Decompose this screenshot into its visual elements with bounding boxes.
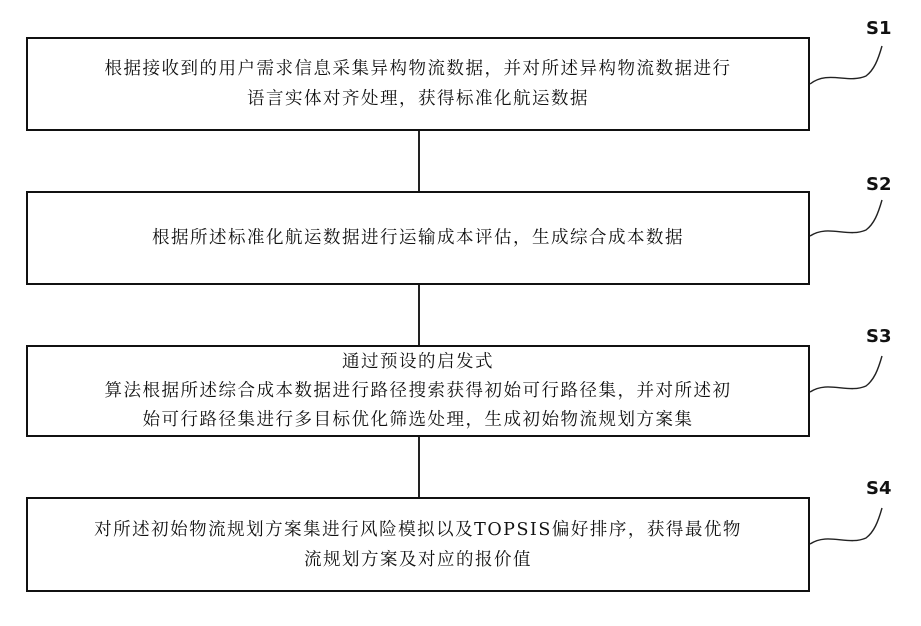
step-s1-line-2: 语言实体对齐处理，获得标准化航运数据 <box>105 84 732 114</box>
leader-line-s2 <box>808 196 888 256</box>
leader-line-s4 <box>808 504 888 564</box>
leader-line-s3 <box>808 352 888 412</box>
step-box-s4: 对所述初始物流规划方案集进行风险模拟以及TOPSIS偏好排序，获得最优物 流规划… <box>26 497 810 592</box>
step-s3-line-2: 算法根据所述综合成本数据进行路径搜索获得初始可行路径集，并对所述初 <box>105 377 732 406</box>
connector-s1-s2 <box>418 131 420 191</box>
step-label-s4: S4 <box>866 478 892 499</box>
connector-s2-s3 <box>418 285 420 345</box>
step-s3-line-3: 始可行路径集进行多目标优化筛选处理，生成初始物流规划方案集 <box>105 406 732 435</box>
step-box-s2: 根据所述标准化航运数据进行运输成本评估，生成综合成本数据 <box>26 191 810 285</box>
step-s3-line-1: 通过预设的启发式 <box>105 348 732 377</box>
leader-line-s1 <box>808 40 888 100</box>
step-s1-line-1: 根据接收到的用户需求信息采集异构物流数据，并对所述异构物流数据进行 <box>105 54 732 84</box>
step-label-s3: S3 <box>866 326 892 347</box>
step-s4-line-2: 流规划方案及对应的报价值 <box>94 545 742 575</box>
step-box-s3: 通过预设的启发式 算法根据所述综合成本数据进行路径搜索获得初始可行路径集，并对所… <box>26 345 810 437</box>
step-label-s2: S2 <box>866 174 892 195</box>
step-box-s1: 根据接收到的用户需求信息采集异构物流数据，并对所述异构物流数据进行 语言实体对齐… <box>26 37 810 131</box>
connector-s3-s4 <box>418 437 420 497</box>
step-s2-line-1: 根据所述标准化航运数据进行运输成本评估，生成综合成本数据 <box>152 223 684 253</box>
step-label-s1: S1 <box>866 18 892 39</box>
step-s4-line-1: 对所述初始物流规划方案集进行风险模拟以及TOPSIS偏好排序，获得最优物 <box>94 515 742 545</box>
